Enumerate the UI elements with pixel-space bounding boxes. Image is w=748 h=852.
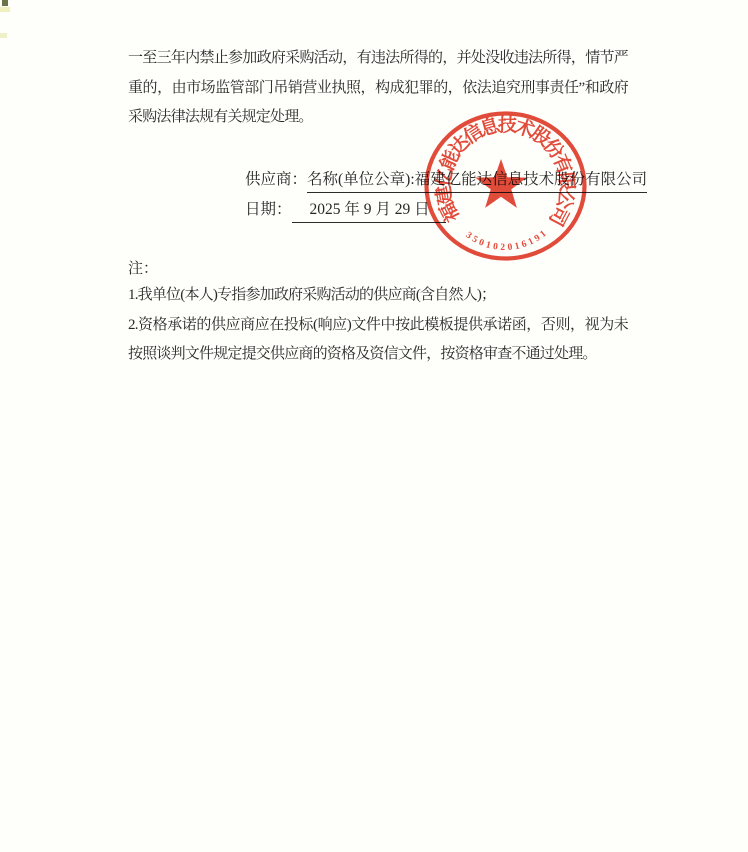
seal-star-icon <box>475 159 526 208</box>
date-label: 日期： <box>245 198 292 222</box>
scan-artifact-strip-light <box>0 7 10 12</box>
supplier-label: 供应商： <box>245 168 307 192</box>
note-item-1: 1.我单位(本人)专指参加政府采购活动的供应商(含自然人)； <box>128 281 628 311</box>
scan-artifact-strip-lower <box>0 33 7 38</box>
note-item-2: 2.资格承诺的供应商应在投标(响应)文件中按此模板提供承诺函，否则，视为未按照谈… <box>128 311 628 370</box>
scan-artifact-square-dark <box>2 0 8 6</box>
date-row: 日期：2025 年 9 月 29 日 <box>245 198 446 223</box>
notes-list: 1.我单位(本人)专指参加政府采购活动的供应商(含自然人)； 2.资格承诺的供应… <box>128 281 628 370</box>
company-seal-stamp: 福建亿能达信息技术股份有限公司 3501020161911 <box>420 104 592 268</box>
notes-heading: 注： <box>128 256 158 282</box>
scanned-document-page: 一至三年内禁止参加政府采购活动，有违法所得的，并处没收违法所得，情节严重的，由市… <box>0 0 748 852</box>
